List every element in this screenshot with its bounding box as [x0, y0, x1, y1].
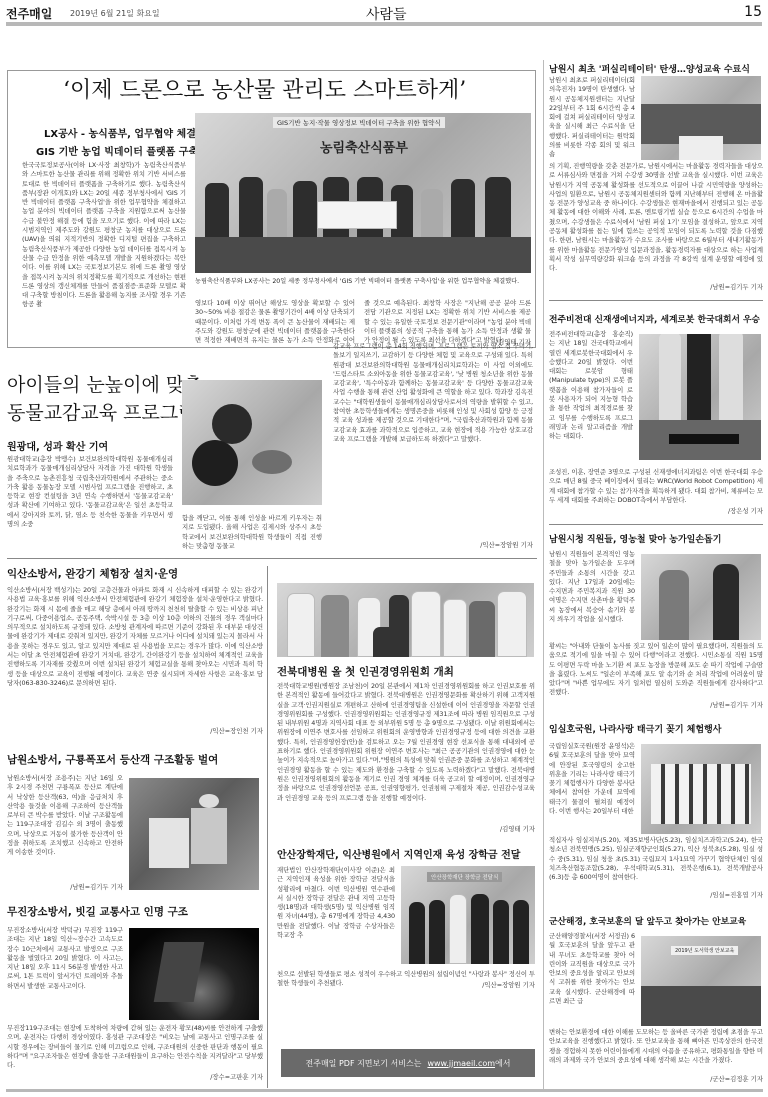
- article-column: 함을 깨닫고, 이를 통해 인성을 바르게 키우자는 취지로 도입됐다. 올해 …: [182, 514, 322, 554]
- article-facilitator: 남원시 최초 '퍼실리테이터' 탄생…양성교육 수료식 남원시 최초로 퍼실리테…: [549, 62, 763, 294]
- headline-line-1: 아이들의 눈높이에 맞춘: [7, 370, 203, 397]
- article-body: 국립임실호국원(원장 윤영석)은 6월 호국보훈의 달을 맞아 묘역에 안장된 …: [549, 742, 635, 834]
- article-column: 한국국토정보공사(이하 LX·사장 최창학)가 농림축산식품부와 스마트한 농산…: [22, 161, 186, 345]
- article-hospital: 전북대병원 올 첫 인권경영위원회 개최 전북대학교병원(병원장 조남천)이 2…: [277, 664, 539, 834]
- ministry-sign: 농림축산식품부: [320, 137, 408, 156]
- photo-hospital-committee: [277, 583, 534, 657]
- photo-signing-ceremony: GIS기반 농지·작물 영상정보 빅데이터 구축을 위한 협약식 농림축산식품부: [195, 113, 531, 273]
- photo-children-with-rabbit: [182, 380, 322, 505]
- article-robot: 전주비전대 신재생에너지과, 세계로봇 한국대회서 우승 전주비전대학교(총장 …: [549, 312, 763, 512]
- pdf-banner-suffix: 에서: [495, 1059, 510, 1068]
- byline: /장은성 기자: [549, 506, 763, 515]
- article-body: 황씨는 "아내와 단둘이 농사를 짓고 있어 일손이 많이 필요했다며, 직원들…: [549, 642, 763, 698]
- article-body: 전북대학교병원(병원장 조남천)이 20일 본관에서 제1차 인권경영위원회를 …: [277, 682, 535, 830]
- article-mujin-fire: 무진장소방서, 빗길 교통사고 인명 구조 무진장소방서(서장 박덕규) 무진장…: [7, 904, 265, 1084]
- byline: /익산=장인천 기자: [7, 726, 263, 735]
- masthead-rule: [6, 22, 762, 26]
- paper-logo: 전주매일: [6, 5, 52, 22]
- article-title: 전북대병원 올 첫 인권경영위원회 개최: [277, 664, 454, 679]
- article-title: 남원소방서, 구룡폭포서 등산객 구조활동 벌여: [7, 752, 218, 767]
- article-animal-education: 아이들의 눈높이에 맞춘 동물교감교육 프로그램 원광대, 성과 확산 기여 원…: [7, 370, 537, 570]
- byline: /장수=고판훈 기자: [7, 1072, 263, 1081]
- footer-rule: [6, 1089, 763, 1092]
- article-body: 무진장119구조대는 현장에 도착하여 차량에 갇혀 있는 운전자 황모(48)…: [7, 1024, 263, 1076]
- article-body: 재단법인 안산장학재단(이사장 이준)은 최근 지역인재 육성을 위한 장학금 …: [277, 866, 395, 970]
- page-number: 15: [744, 4, 762, 20]
- subheadline: 원광대, 성과 확산 기여: [7, 438, 108, 453]
- photo-volunteers-stairs: [641, 744, 761, 834]
- byline: /익산=장암원 기자: [277, 980, 535, 989]
- pdf-banner-text: 전주매일 PDF 지면보기 서비스는: [306, 1058, 422, 1069]
- issue-date: 2019년 6월 21일 화요일: [70, 8, 160, 19]
- article-column: 원광대학교(총장 박맹수) 보건보완의학대학원 동물매개심리치료학과가 동물매개…: [7, 455, 173, 555]
- photo-graduation-group: [641, 76, 761, 160]
- article-column: 감교육 프로그램이 총 14회 진행되며, 프로그램은 토끼와 염소 집 꾸미기…: [333, 342, 533, 542]
- article-drone: ‘이제 드론으로 농산물 관리도 스마트하게’ LX공사 - 농식품부, 업무협…: [7, 70, 536, 348]
- article-body: 군산해양경찰서(서장 서정권) 6월 호국보훈의 달을 앞두고 관내 무녀도 초…: [549, 932, 635, 1026]
- masthead: 전주매일 2019년 6월 21일 화요일 사람들 15: [6, 4, 762, 24]
- article-taegukgi: 임실호국원, 나라사랑 태극기 꽂기 체험행사 국립임실호국원(원장 윤영석)은…: [549, 722, 763, 912]
- article-title: 익산소방서, 완강기 체험장 설치·운영: [7, 566, 178, 581]
- article-body: 의 기획, 진행역량을 갖춘 전문가로, 남원시에서는 마을활동 경력자들을 대…: [549, 162, 763, 282]
- photo-robot-team: [639, 334, 761, 460]
- section-divider: [7, 558, 537, 559]
- class-banner: 2019년 도서학생 안보교육: [671, 946, 738, 955]
- byline: /임실=진홍엽 기자: [549, 890, 763, 899]
- column-divider: [267, 566, 268, 1088]
- section-divider: [549, 524, 763, 525]
- headline: ‘이제 드론으로 농산물 관리도 스마트하게’: [63, 73, 466, 104]
- photo-night-accident: [129, 928, 259, 1020]
- article-body: 조성진, 이훈, 장연준 3명으로 구성된 신재생에너지과팀은 이번 한국대회 …: [549, 468, 763, 508]
- article-iksan-fire: 익산소방서, 완강기 체험장 설치·운영 익산소방서(서장 백성기)는 20일 …: [7, 566, 265, 736]
- article-title: 남원시 최초 '퍼실리테이터' 탄생…양성교육 수료식: [549, 62, 750, 75]
- headline-line-2: 동물교감교육 프로그램: [7, 398, 197, 425]
- article-title: 무진장소방서, 빗길 교통사고 인명 구조: [7, 904, 188, 919]
- article-title: 임실호국원, 나라사랑 태극기 꽂기 체험행사: [549, 722, 721, 735]
- byline: /군산=김정훈 기자: [549, 1074, 763, 1083]
- article-column: 영보다 10배 이상 뛰어난 해상도 영상을 확보할 수 있어 30~50% 비…: [195, 299, 355, 345]
- subheadline-2: GIS 기반 농업 빅데이터 플랫폼 구축: [36, 143, 198, 158]
- article-title: 남원시청 직원들, 영농철 맞아 농가일손돕기: [549, 532, 721, 545]
- photo-caption: 농림축산식품부와 LX공사는 20일 세종 정부청사에서 'GIS 기반 빅데이…: [195, 277, 531, 286]
- article-namwon-fire: 남원소방서, 구룡폭포서 등산객 구조활동 벌여 남원소방서(서장 조용주)는 …: [7, 752, 265, 892]
- article-body: 익산소방서(서장 백성기)는 20일 고층건물과 아파트 화재 시 신속하게 대…: [7, 586, 263, 726]
- section-divider: [549, 300, 763, 301]
- article-farm-help: 남원시청 직원들, 영농철 맞아 농가일손돕기 남원시 직원들이 본격적인 영농…: [549, 532, 763, 712]
- ceremony-banner: GIS기반 농지·작물 영상정보 빅데이터 구축을 위한 협약식: [273, 117, 445, 128]
- article-body: 남원소방서(서장 조용주)는 지난 16일 오후 2시경 주천면 구룡폭포 등산…: [7, 774, 123, 882]
- article-body: 전주비전대학교(총장 홍순직)는 지난 18일 건국대학교에서 열린 세계로봇한…: [549, 330, 633, 466]
- article-title: 안산장학재단, 익산병원에서 지역인재 육성 장학금 전달: [277, 846, 520, 861]
- byline: /남원=김기두 기자: [47, 882, 123, 891]
- byline: /김영태 기자: [277, 824, 535, 833]
- subheadline-1: LX공사 - 농식품부, 업무협약 체결: [44, 125, 196, 140]
- article-body: 무진장소방서(서장 박덕규) 무진장 119구조대는 지난 18일 익산~장수간…: [7, 926, 123, 1022]
- pdf-service-banner: 전주매일 PDF 지면보기 서비스는 www.jjmaeil.com에서: [281, 1049, 535, 1077]
- section-title: 사람들: [366, 4, 407, 24]
- scholarship-banner: 안산장학재단 장학금 전달식: [427, 872, 502, 882]
- article-body: 변하는 안보환경에 대한 이해를 도모하는 등 올바른 국가관 정립에 초점을 …: [549, 1028, 763, 1076]
- photo-scholarship-ceremony: 안산장학재단 장학금 전달식: [401, 866, 535, 964]
- photo-orchard-work: [641, 554, 761, 640]
- article-scholarship: 안산장학재단, 익산병원에서 지역인재 육성 장학금 전달 재단법인 안산장학재…: [277, 846, 539, 986]
- article-title: 전주비전대 신재생에너지과, 세계로봇 한국대회서 우승: [549, 312, 760, 325]
- column-divider: [543, 60, 544, 1090]
- article-coastguard: 군산해경, 호국보훈의 달 앞두고 찾아가는 안보교육 군산해양경찰서(서장 서…: [549, 914, 763, 1090]
- byline: /남원=김기두 기자: [549, 700, 763, 709]
- article-title: 군산해경, 호국보훈의 달 앞두고 찾아가는 안보교육: [549, 914, 746, 927]
- article-body: 남원시 직원들이 본격적인 영농철을 맞아 농가일손을 도우며 주민들과 소통의…: [549, 550, 635, 642]
- website-link[interactable]: www.jjmaeil.com: [427, 1059, 495, 1068]
- photo-mountain-rescue: [129, 778, 259, 890]
- photo-security-class: 2019년 도서학생 안보교육: [641, 936, 761, 1026]
- article-body: 남원시 최초로 퍼실리테이터(회의촉진자) 19명이 탄생했다. 남원시 공동체…: [549, 76, 635, 158]
- byline: /익산=장암원 기자: [333, 540, 533, 549]
- byline: /남원=김기두 기자: [549, 282, 763, 291]
- article-body: 적십자사 임실지부(5.20), 제35보병사단(5.23), 임실치즈과학고(…: [549, 836, 763, 892]
